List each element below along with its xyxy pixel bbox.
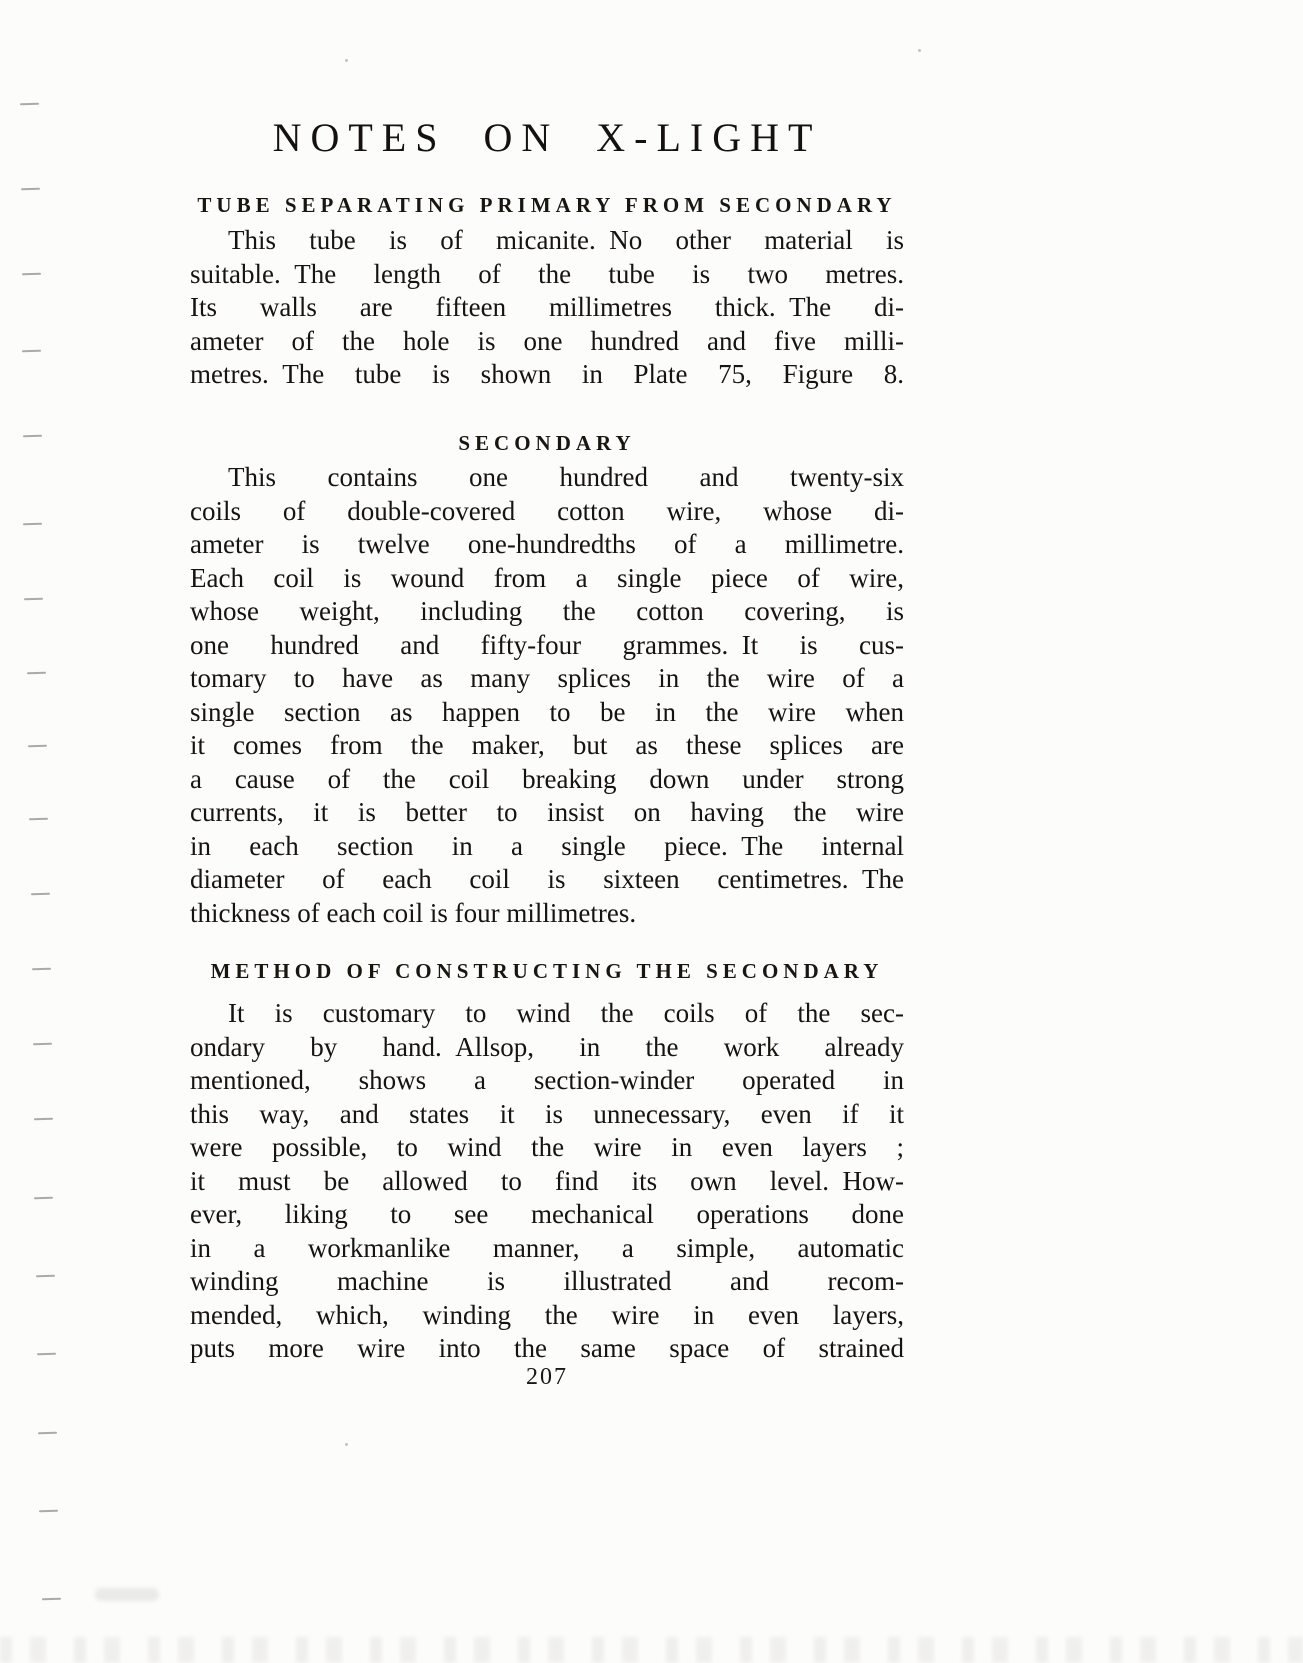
paragraph-secondary: This contains one hundred and twenty-six…: [190, 461, 904, 930]
text-line: suitable. The length of the tube is two …: [190, 258, 904, 292]
text-line: single section as happen to be in the wi…: [190, 696, 904, 730]
text-line: coils of double-covered cotton wire, who…: [190, 495, 904, 529]
paragraph-tube-separating: This tube is of micanite. No other mater…: [190, 224, 904, 392]
text-line: It is customary to wind the coils of the…: [190, 997, 904, 1031]
margin-dash-mark: [20, 103, 39, 105]
text-line: in each section in a single piece. The i…: [190, 830, 904, 864]
margin-dash-mark: [32, 968, 51, 970]
text-line: ondary by hand. Allsop, in the work alre…: [190, 1031, 904, 1065]
text-line: ameter is twelve one-hundredths of a mil…: [190, 528, 904, 562]
margin-dash-mark: [23, 435, 42, 437]
margin-dash-mark: [37, 1353, 56, 1355]
margin-dash-mark: [27, 672, 46, 674]
text-line: thickness of each coil is four millimetr…: [190, 897, 904, 931]
text-line: were possible, to wind the wire in even …: [190, 1131, 904, 1165]
page-number: 207: [190, 1364, 904, 1391]
margin-dash-mark: [21, 188, 40, 190]
scan-speck: [345, 59, 348, 62]
margin-dash-mark: [24, 598, 43, 600]
margin-dash-mark: [29, 818, 48, 820]
text-line: puts more wire into the same space of st…: [190, 1332, 904, 1366]
text-line: currents, it is better to insist on havi…: [190, 796, 904, 830]
margin-dash-mark: [31, 893, 50, 895]
text-line: This tube is of micanite. No other mater…: [190, 224, 904, 258]
text-line: ever, liking to see mechanical operation…: [190, 1198, 904, 1232]
scan-smudge: [95, 1588, 159, 1601]
text-line: in a workmanlike manner, a simple, autom…: [190, 1232, 904, 1266]
text-line: one hundred and fifty-four grammes. It i…: [190, 629, 904, 663]
margin-dash-mark: [33, 1043, 52, 1045]
margin-dash-mark: [36, 1275, 55, 1277]
text-line: this way, and states it is unnecessary, …: [190, 1098, 904, 1132]
text-line: Its walls are fifteen millimetres thick.…: [190, 291, 904, 325]
margin-dash-mark: [39, 1510, 58, 1512]
margin-dash-mark: [38, 1432, 57, 1434]
text-line: mentioned, shows a section-winder operat…: [190, 1064, 904, 1098]
section-heading-method-of-constructing: METHOD OF CONSTRUCTING THE SECONDARY: [190, 959, 904, 984]
section-heading-tube-separating: TUBE SEPARATING PRIMARY FROM SECONDARY: [190, 193, 904, 218]
text-line: metres. The tube is shown in Plate 75, F…: [190, 358, 904, 392]
margin-dash-mark: [34, 1197, 53, 1199]
scan-noise-band: [0, 1637, 1303, 1663]
margin-dash-mark: [34, 1118, 53, 1120]
text-line: tomary to have as many splices in the wi…: [190, 662, 904, 696]
scan-speck: [918, 49, 921, 52]
paragraph-method-of-constructing: It is customary to wind the coils of the…: [190, 997, 904, 1366]
text-line: ameter of the hole is one hundred and fi…: [190, 325, 904, 359]
scanned-book-page: NOTES ON X-LIGHT TUBE SEPARATING PRIMARY…: [0, 0, 1303, 1663]
text-line: Each coil is wound from a single piece o…: [190, 562, 904, 596]
text-line: a cause of the coil breaking down under …: [190, 763, 904, 797]
margin-dash-mark: [23, 523, 42, 525]
scan-speck: [345, 1443, 348, 1446]
text-line: mended, which, winding the wire in even …: [190, 1299, 904, 1333]
text-line: This contains one hundred and twenty-six: [190, 461, 904, 495]
margin-dash-mark: [22, 273, 41, 275]
text-line: winding machine is illustrated and recom…: [190, 1265, 904, 1299]
text-line: it comes from the maker, but as these sp…: [190, 729, 904, 763]
margin-dash-mark: [22, 350, 41, 352]
margin-dash-mark: [28, 745, 47, 747]
page-title: NOTES ON X-LIGHT: [190, 116, 904, 160]
text-line: it must be allowed to find its own level…: [190, 1165, 904, 1199]
text-line: whose weight, including the cotton cover…: [190, 595, 904, 629]
section-heading-secondary: SECONDARY: [190, 431, 904, 456]
margin-dash-mark: [42, 1598, 61, 1600]
text-line: diameter of each coil is sixteen centime…: [190, 863, 904, 897]
